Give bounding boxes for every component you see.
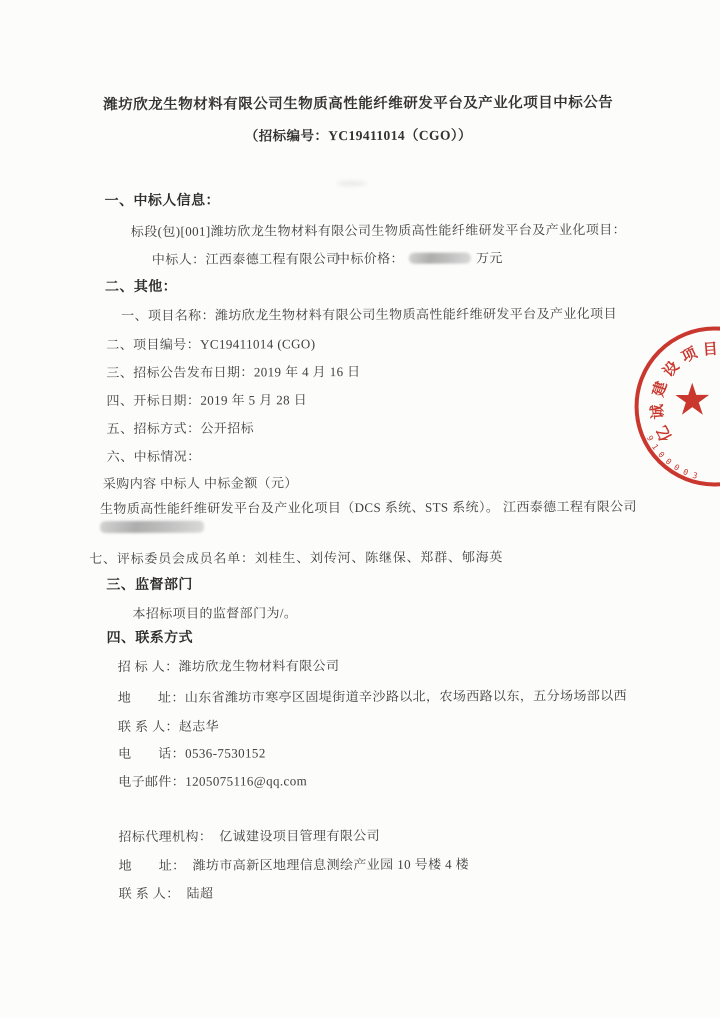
seal-arc-char: 诚 [646,403,668,420]
agency-line: 招标代理机构：亿诚建设项目管理有限公司 [118,828,380,845]
tenderer-address-line: 地 址：山东省潍坊市寒亭区固堤街道辛沙路以北，农场西路以东，五分场场部以西 [118,688,627,706]
announcement-date-item: 三、招标公告发布日期：2019 年 4 月 16 日 [106,364,360,381]
winner-line: 中标人：江西泰德工程有限公司 [152,251,340,267]
section1-heading: 一、中标人信息： [105,194,220,211]
red-company-seal: ★ 亿 诚 建 设 项 目 9 1 0 0 0 0 3 [634,326,720,487]
redacted-price-value [409,253,471,264]
email-value: 1205075116@qq.com [185,773,307,789]
tenderer-phone-line: 电 话：0536-7530152 [118,745,266,761]
price-unit: 万元 [476,250,503,265]
tender-number-subtitle: （招标编号：YC19411014（CGO）） [0,126,718,145]
award-table-header: 采购内容 中标人 中标金额（元） [103,475,298,491]
document-title: 潍坊欣龙生物材料有限公司生物质高性能纤维研发平台及产业化项目中标公告 [0,94,718,115]
phone-value: 0536-7530152 [185,745,266,760]
seal-star-icon: ★ [672,378,712,422]
bid-opening-date-item: 四、开标日期：2019 年 5 月 28 日 [106,392,307,408]
tenderer-value: 潍坊欣龙生物材料有限公司 [179,658,340,674]
agency-address-line: 地 址：潍坊市高新区地理信息测绘产业园 10 号楼 4 楼 [119,857,470,874]
project-number-item: 二、项目编号：YC19411014 (CGO) [106,336,315,353]
phone-label: 电 话： [118,746,185,761]
section4-heading: 四、联系方式 [107,631,193,648]
redacted-award-amount [100,521,204,533]
agency-value: 亿诚建设项目管理有限公司 [219,828,380,844]
tenderer-contact-line: 联 系 人：赵志华 [118,719,219,735]
email-label: 电子邮件： [118,774,185,789]
tender-method-item: 五、招标方式：公开招标 [107,420,254,436]
price-line: 中标价格：万元 [337,250,503,266]
document-content: 潍坊欣龙生物材料有限公司生物质高性能纤维研发平台及产业化项目中标公告 （招标编号… [0,0,720,1018]
section2-heading: 二、其他： [105,280,177,297]
seal-arc-char: 目 [702,338,719,360]
address-value: 山东省潍坊市寒亭区固堤街道辛沙路以北，农场西路以东，五分场场部以西 [185,688,627,705]
agency-address-label: 地 址： [119,858,186,873]
tenderer-line: 招 标 人：潍坊欣龙生物材料有限公司 [118,658,340,675]
section3-heading: 三、监督部门 [106,578,192,595]
tenderer-email-line: 电子邮件：1205075116@qq.com [118,773,307,789]
lot-description: 标段(包)[001]潍坊欣龙生物材料有限公司生物质高性能纤维研发平台及产业化项目… [131,222,626,240]
scan-smudge [337,181,367,186]
scanned-document-page: 潍坊欣龙生物材料有限公司生物质高性能纤维研发平台及产业化项目中标公告 （招标编号… [0,0,720,1018]
agency-contact-value: 陆超 [187,886,214,901]
award-status-item: 六、中标情况： [107,449,201,465]
evaluation-committee-line: 七、评标委员会成员名单：刘桂生、刘传河、陈继保、郑群、郇海英 [89,549,503,566]
agency-address-value: 潍坊市高新区地理信息测绘产业园 10 号楼 4 楼 [193,857,470,873]
contact-value: 赵志华 [179,719,219,734]
winner-value: 江西泰德工程有限公司 [205,251,339,267]
price-label: 中标价格： [337,251,404,266]
winner-label: 中标人： [152,252,206,267]
tenderer-label: 招 标 人： [118,659,179,674]
supervision-department-line: 本招标项目的监督部门为/。 [132,605,297,621]
agency-contact-line: 联 系 人：陆超 [119,886,214,902]
agency-contact-label: 联 系 人： [119,886,180,901]
agency-label: 招标代理机构： [118,829,212,844]
project-name-item: 一、项目名称：潍坊欣龙生物材料有限公司生物质高性能纤维研发平台及产业化项目 [121,306,617,324]
award-table-row: 生物质高性能纤维研发平台及产业化项目（DCS 系统、STS 系统）。 江西泰德工… [100,499,637,517]
contact-label: 联 系 人： [118,719,179,734]
address-label: 地 址： [118,690,185,705]
